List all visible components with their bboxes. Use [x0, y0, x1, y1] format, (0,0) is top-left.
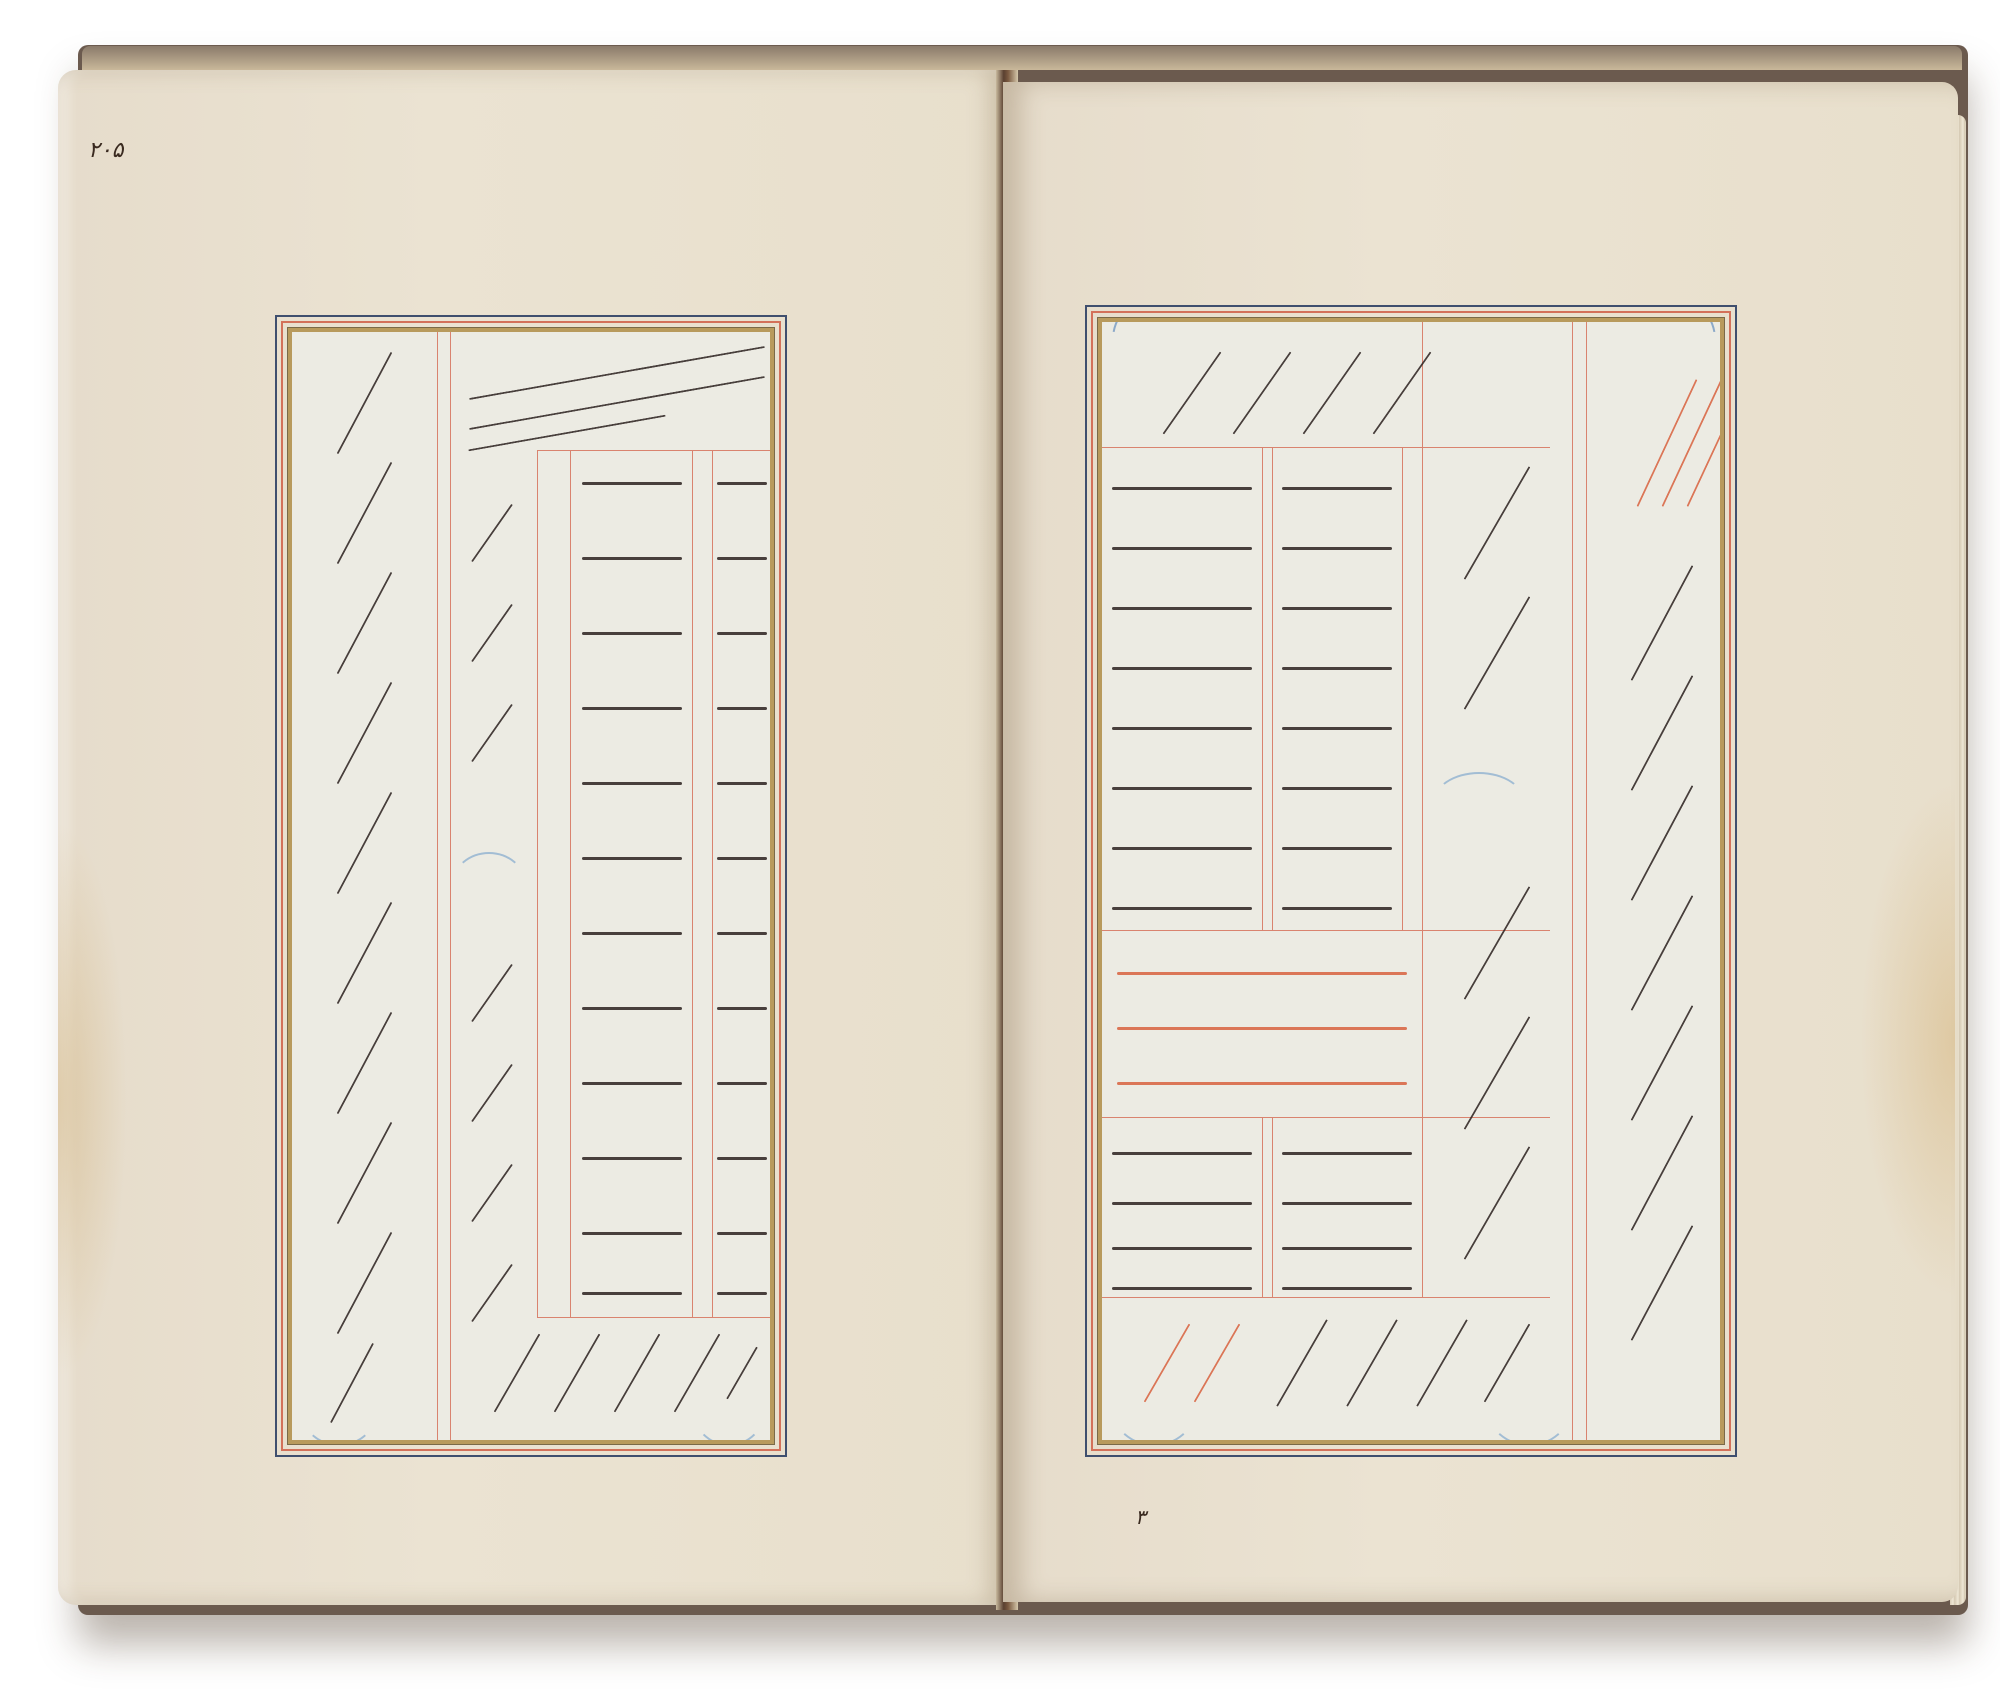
water-stain: [58, 820, 128, 1380]
left-text-frame: [275, 315, 787, 1457]
cover-top-edge: [82, 46, 1962, 70]
catchword: ۳: [1135, 1505, 1146, 1529]
right-text-frame: [1085, 305, 1737, 1457]
right-text-block: [1098, 318, 1724, 1444]
water-stain: [1860, 780, 1955, 1300]
left-text-block: [288, 328, 774, 1444]
folio-number: ۲۰۵: [88, 138, 123, 163]
